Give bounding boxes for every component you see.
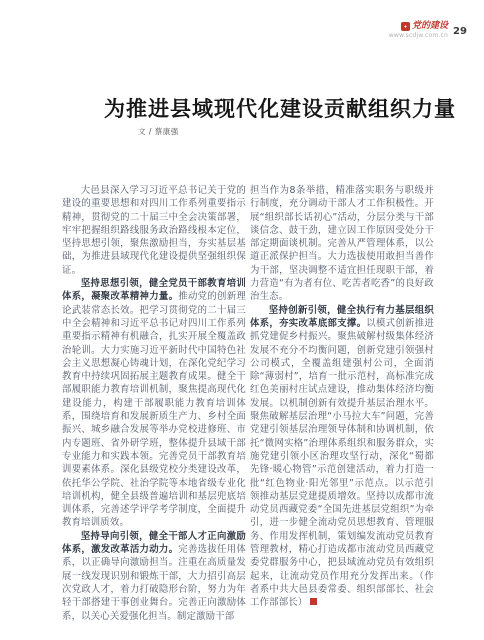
magazine-website-url: www.scdjw.com.cn xyxy=(382,33,448,39)
magazine-masthead: 党的建设 www.scdjw.com.cn xyxy=(382,22,448,39)
body-paragraph: 担当作为8条举措，精准落实职务与职级并行制度，充分调动干部人才工作积极性。开展“… xyxy=(250,184,434,304)
body-paragraph: 坚持创新引领，健全执行有力基层组织体系，夯实改革底部支撑。以模式创新推进抓党建促… xyxy=(250,304,434,610)
magazine-page: 党的建设 www.scdjw.com.cn 29 为推进县域现代化建设贡献组织力… xyxy=(0,0,484,640)
body-paragraph: 大邑县深入学习习近平总书记关于党的建设的重要思想和对四川工作系列重要指示精神，贯… xyxy=(62,184,246,277)
magazine-seal-icon xyxy=(401,22,410,31)
article-byline: 文 / 蔡康强 xyxy=(138,126,179,137)
paragraph-lead: 坚持创新引领，健全执行有力基层组织体系，夯实改革底部支撑。 xyxy=(250,305,434,329)
body-column-right: 担当作为8条举措，精准落实职务与职级并行制度，充分调动干部人才工作积极性。开展“… xyxy=(250,184,434,610)
body-column-left: 大邑县深入学习习近平总书记关于党的建设的重要思想和对四川工作系列重要指示精神，贯… xyxy=(62,184,246,623)
body-paragraph: 坚持思想引领，健全党员干部教育培训体系，凝聚改革精神力量。推动党的创新理论武装常… xyxy=(62,277,246,530)
body-paragraph: 坚持导向引领，健全干部人才正向激励体系，激发改革活力动力。完善选拔任用体系，以正… xyxy=(62,530,246,623)
magazine-logo-text: 党的建设 xyxy=(412,22,448,31)
paragraph-lead: 坚持导向引领，健全干部人才正向激励体系，激发改革活力动力。 xyxy=(62,531,246,555)
article-end-mark-icon xyxy=(310,598,317,605)
article-title: 为推进县域现代化建设贡献组织力量 xyxy=(90,93,470,123)
paragraph-lead: 坚持思想引领，健全党员干部教育培训体系，凝聚改革精神力量。 xyxy=(62,278,246,302)
page-number: 29 xyxy=(453,26,467,37)
magazine-logo: 党的建设 xyxy=(382,22,448,31)
